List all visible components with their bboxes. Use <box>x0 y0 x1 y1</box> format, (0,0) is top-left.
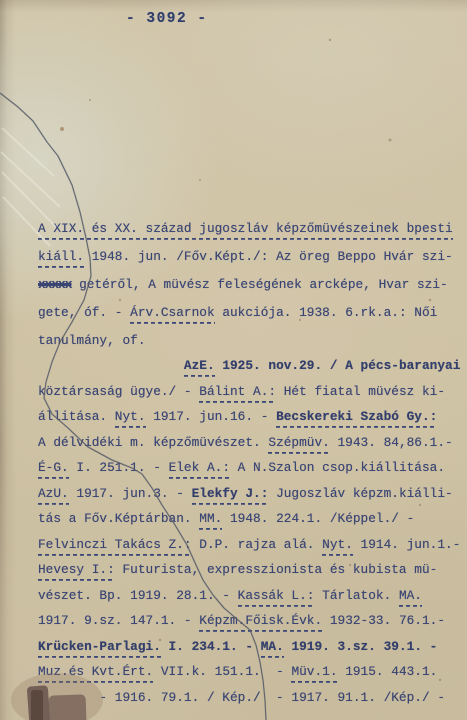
text-line: állitása. Nyt. 1917. jun.16. - Becskerek… <box>38 409 460 435</box>
text-segment: I. 251.1. - <box>69 460 169 475</box>
text-segment <box>38 358 184 373</box>
underlined-text: A XIX. és XX. század jugoszláv képzőmüvé… <box>38 221 453 240</box>
text-line: tanulmány, of. <box>38 333 453 361</box>
underlined-text: Elekfy J.: <box>192 486 269 505</box>
text-segment: I. 234.1. - <box>161 639 261 654</box>
text-segment: köztársaság ügye./ - <box>38 384 199 399</box>
scanned-page: - 3092 - A XIX. és XX. század jugoszláv … <box>0 0 467 720</box>
text-segment: gete, óf. - <box>38 305 130 320</box>
text-segment: 1948. jun. /Főv.Képt./: Az öreg Beppo Hv… <box>84 249 453 264</box>
underlined-text: MA. <box>399 588 422 607</box>
text-line: A délvidéki m. képzőmüvészet. Szépmüv. 1… <box>38 435 460 461</box>
underlined-text: Muz.és Kvt.Ért. <box>38 664 153 683</box>
text-segment: 1948. 224.1. /Képpel./ - <box>222 511 414 526</box>
text-segment: 1932-33. 76.1.- <box>322 613 445 628</box>
underlined-text: Árv.Csarnok <box>130 305 214 324</box>
text-line: 1917. 9.sz. 147.1. - Képzm.Főisk.Évk. 19… <box>38 613 460 639</box>
underlined-text: Szépmüv. <box>268 435 329 454</box>
text-line: Hevesy I.: Futurista, expresszionista és… <box>38 562 460 588</box>
underlined-text: Képzm.Főisk.Évk. <box>199 613 322 632</box>
underlined-text: Nyt. <box>115 409 146 428</box>
underlined-text: MA. <box>261 639 284 658</box>
underlined-text: Becskereki Szabó Gy.: <box>276 409 437 428</box>
text-line: Felvinczi Takács Z.: D.P. rajza alá. Nyt… <box>38 537 460 563</box>
text-segment: 1917. 9.sz. 147.1. - <box>38 613 199 628</box>
text-segment: 1914. jun.1.- <box>353 537 461 552</box>
text-line: gete, óf. - Árv.Csarnok aukciója. 1938. … <box>38 305 453 333</box>
text-segment: Jugoszláv képzm.kiálli- <box>268 486 452 501</box>
text-segment: 1917. jun.16. - <box>146 409 277 424</box>
text-line: A XIX. és XX. század jugoszláv képzőmüvé… <box>38 221 453 249</box>
underlined-text: MM. <box>199 511 222 530</box>
text-segment: tás a Főv.Képtárban. <box>38 511 199 526</box>
underlined-text: É-G. <box>38 460 69 479</box>
underlined-text: Krücken-Parlagi. <box>38 639 161 658</box>
text-segment: VII.k. 151.1. - <box>153 664 291 679</box>
text-segment: 1919. 3.sz. 39.1. - <box>284 639 438 654</box>
text-segment: 1943. 84,86.1.- <box>330 435 453 450</box>
underlined-text: Felvinczi Takács Z.: <box>38 537 192 556</box>
text-segment: Hét fiatal müvész ki- <box>276 384 445 399</box>
text-segment: 1915. 443.1. <box>338 664 438 679</box>
text-line: Muz.és Kvt.Ért. VII.k. 151.1. - Müv.1. 1… <box>38 664 460 690</box>
text-line: - 1916. 79.1. / Kép./ - 1917. 91.1. /Kép… <box>38 690 460 716</box>
text-segment: tanulmány, of. <box>38 333 146 348</box>
text-line: kiáll. 1948. jun. /Főv.Képt./: Az öreg B… <box>38 249 453 277</box>
text-segment: A délvidéki m. képzőmüvészet. <box>38 435 268 450</box>
text-segment: állitása. <box>38 409 115 424</box>
text-line: köztársaság ügye./ - Bálint A.: Hét fiat… <box>38 384 460 410</box>
paragraph-entry-references: AzE. 1925. nov.29. / A pécs-baranyaiközt… <box>38 358 460 715</box>
underlined-text: kiáll. <box>38 249 84 268</box>
underlined-text: AzU. <box>38 486 69 505</box>
text-segment: vészet. Bp. 1919. 28.1. - <box>38 588 238 603</box>
text-segment: 1925. nov.29. / A pécs-baranyai <box>215 358 461 373</box>
text-segment: getéről, A müvész feleségének arcképe, H… <box>71 277 447 292</box>
underlined-text: Müv.1. <box>291 664 337 683</box>
text-segment: aukciója. 1938. 6.rk.a.: Női <box>215 305 438 320</box>
text-line: É-G. I. 251.1. - Elek A.: A N.Szalon cso… <box>38 460 460 486</box>
text-line: xxxxx getéről, A müvész feleségének arck… <box>38 277 453 305</box>
text-segment: 1917. jun.3. - <box>69 486 192 501</box>
underlined-text: Nyt. <box>322 537 353 556</box>
text-segment: - 1916. 79.1. / Kép./ - 1917. 91.1. /Kép… <box>38 690 445 705</box>
text-line: AzE. 1925. nov.29. / A pécs-baranyai <box>38 358 460 384</box>
page-number: - 3092 - <box>126 11 208 27</box>
text-segment: Futurista, expresszionista és kubista mü… <box>115 562 438 577</box>
underlined-text: Bálint A.: <box>199 384 276 403</box>
text-line: tás a Főv.Képtárban. MM. 1948. 224.1. /K… <box>38 511 460 537</box>
text-line: Krücken-Parlagi. I. 234.1. - MA. 1919. 3… <box>38 639 460 665</box>
underlined-text: Hevesy I.: <box>38 562 115 581</box>
underlined-text: Kassák L.: <box>238 588 315 607</box>
text-segment: D.P. rajza alá. <box>192 537 323 552</box>
struck-out-text: xxxxx <box>38 277 71 292</box>
underlined-text: Elek A.: <box>169 460 230 479</box>
text-segment: A N.Szalon csop.kiállitása. <box>230 460 445 475</box>
underlined-text: AzE. <box>184 358 215 377</box>
paragraph-entry-heading: A XIX. és XX. század jugoszláv képzőmüvé… <box>38 221 453 361</box>
text-segment: Tárlatok. <box>314 588 398 603</box>
text-line: AzU. 1917. jun.3. - Elekfy J.: Jugoszláv… <box>38 486 460 512</box>
text-line: vészet. Bp. 1919. 28.1. - Kassák L.: Tár… <box>38 588 460 614</box>
